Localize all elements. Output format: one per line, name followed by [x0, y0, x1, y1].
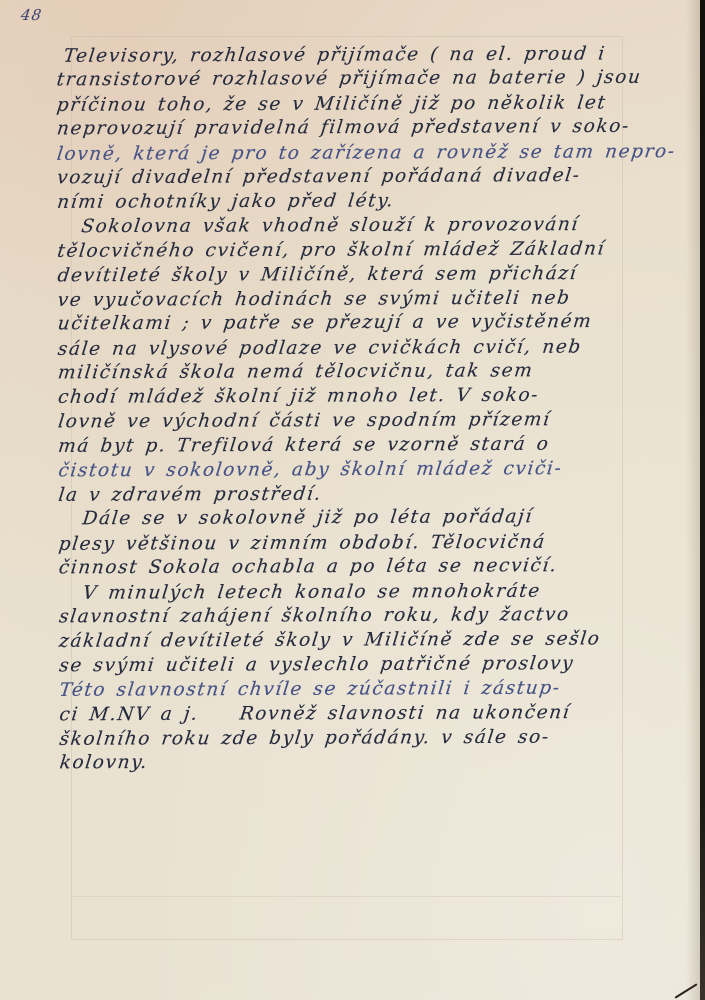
page-curl-shadow: [686, 0, 700, 1000]
handwritten-line: základní devítileté školy v Miličíně zde…: [58, 629, 673, 656]
handwritten-line: se svými učiteli a vyslechlo patřičné pr…: [58, 652, 673, 679]
handwritten-line: kolovny.: [58, 750, 673, 777]
handwritten-line: má byt p. Trefilová která se vzorně star…: [57, 433, 672, 460]
handwritten-line: Dále se v sokolovně již po léta pořádají: [57, 506, 672, 533]
handwritten-line: devítileté školy v Miličíně, která sem p…: [56, 262, 671, 289]
handwritten-line: plesy většinou v zimním období. Tělocvič…: [57, 531, 672, 558]
handwritten-line: ci M.NV a j. Rovněž slavnosti na ukončen…: [58, 701, 673, 728]
handwritten-line: příčinou toho, že se v Miličíně již po n…: [55, 92, 670, 119]
handwritten-line: sále na vlysové podlaze ve cvičkách cvič…: [56, 336, 671, 363]
handwritten-line: transistorové rozhlasové přijímače na ba…: [55, 67, 670, 94]
handwritten-line: vozují divadelní představení pořádaná di…: [56, 165, 671, 192]
handwritten-line: činnost Sokola ochabla a po léta se necv…: [57, 555, 672, 582]
handwritten-line: učitelkami ; v patře se přezují a ve vyč…: [56, 311, 671, 338]
pencil-guideline: [71, 896, 621, 897]
handwritten-line: neprovozují pravidelná filmová představe…: [55, 116, 670, 143]
handwritten-line: lovně, která je pro to zařízena a rovněž…: [55, 141, 670, 168]
handwritten-line: chodí mládež školní již mnoho let. V sok…: [56, 385, 671, 412]
handwritten-line: Této slavnostní chvíle se zúčastnili i z…: [58, 677, 673, 704]
handwritten-line: slavnostní zahájení školního roku, kdy ž…: [57, 604, 672, 631]
handwritten-line: ními ochotníky jako před léty.: [56, 190, 671, 217]
handwritten-line: V minulých letech konalo se mnohokráte: [57, 580, 672, 607]
handwritten-line: miličínská škola nemá tělocvičnu, tak se…: [56, 360, 671, 387]
handwritten-line: čistotu v sokolovně, aby školní mládež c…: [57, 457, 672, 484]
scanned-chronicle-page: 48 Televisory, rozhlasové přijímače ( na…: [0, 0, 705, 1000]
handwritten-text-block: Televisory, rozhlasové přijímače ( na el…: [56, 43, 671, 777]
scan-edge-right: [700, 0, 705, 1000]
handwritten-line: lovně ve východní části ve spodním příze…: [57, 409, 672, 436]
handwritten-line: Sokolovna však vhodně slouží k provozová…: [56, 213, 671, 240]
page-number: 48: [20, 6, 44, 24]
handwritten-line: tělocvičného cvičení, pro školní mládež …: [56, 238, 671, 265]
